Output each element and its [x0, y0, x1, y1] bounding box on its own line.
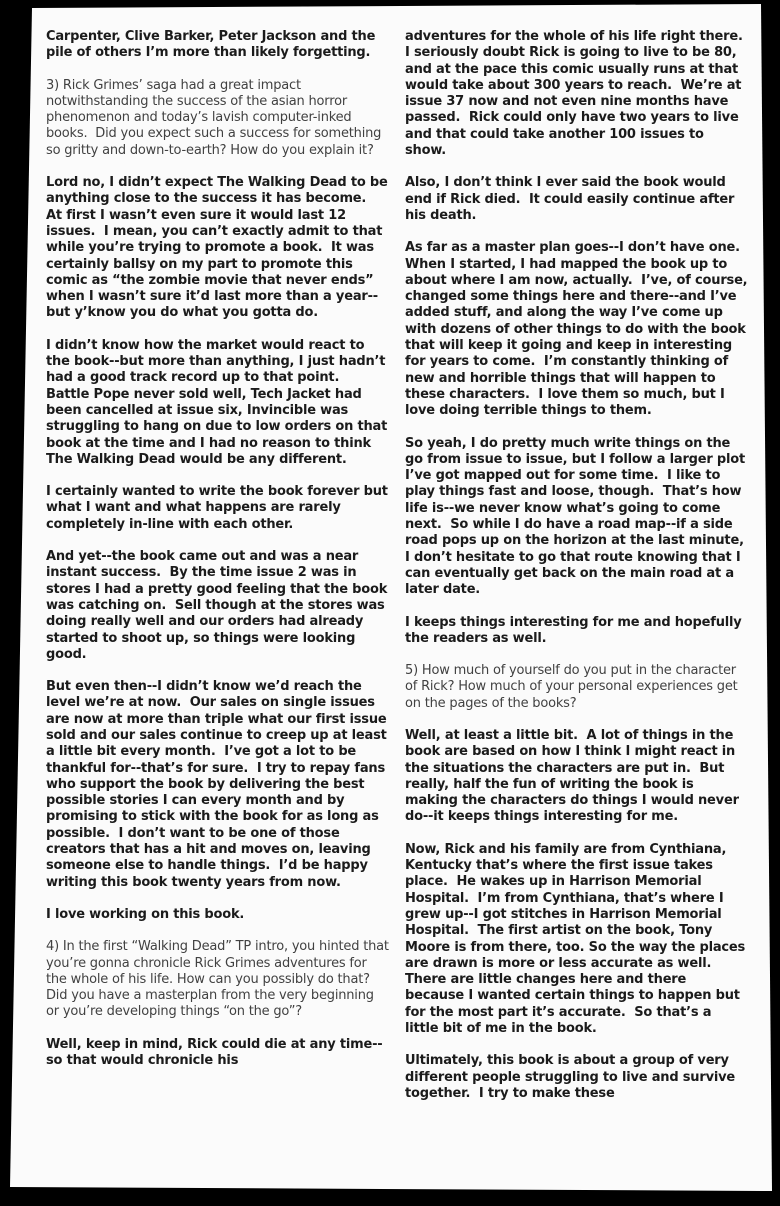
answer-paragraph: And yet--the book came out and was a nea…	[46, 549, 389, 663]
answer-paragraph: adventures for the whole of his life rig…	[405, 29, 748, 159]
page-content: Carpenter, Clive Barker, Peter Jackson a…	[46, 29, 748, 1118]
answer-paragraph: As far as a master plan goes--I don’t ha…	[405, 240, 748, 419]
answer-paragraph: Well, at least a little bit. A lot of th…	[405, 728, 748, 826]
answer-paragraph: Now, Rick and his family are from Cynthi…	[405, 842, 748, 1038]
answer-paragraph: Also, I don’t think I ever said the book…	[405, 175, 748, 224]
right-column: adventures for the whole of his life rig…	[405, 29, 748, 1118]
answer-paragraph: So yeah, I do pretty much write things o…	[405, 436, 748, 599]
answer-paragraph: Lord no, I didn’t expect The Walking Dea…	[46, 175, 389, 322]
answer-paragraph: I keeps things interesting for me and ho…	[405, 615, 748, 648]
answer-paragraph: I didn’t know how the market would react…	[46, 338, 389, 468]
question-paragraph: 3) Rick Grimes’ saga had a great impact …	[46, 78, 389, 159]
answer-paragraph: I love working on this book.	[46, 907, 389, 923]
question-paragraph: 4) In the first “Walking Dead” TP intro,…	[46, 939, 389, 1020]
answer-paragraph: Carpenter, Clive Barker, Peter Jackson a…	[46, 29, 389, 62]
question-paragraph: 5) How much of yourself do you put in th…	[405, 663, 748, 712]
answer-paragraph: I certainly wanted to write the book for…	[46, 484, 389, 533]
left-column: Carpenter, Clive Barker, Peter Jackson a…	[46, 29, 389, 1118]
answer-paragraph: But even then--I didn’t know we’d reach …	[46, 679, 389, 891]
answer-paragraph: Well, keep in mind, Rick could die at an…	[46, 1037, 389, 1070]
answer-paragraph: Ultimately, this book is about a group o…	[405, 1053, 748, 1102]
